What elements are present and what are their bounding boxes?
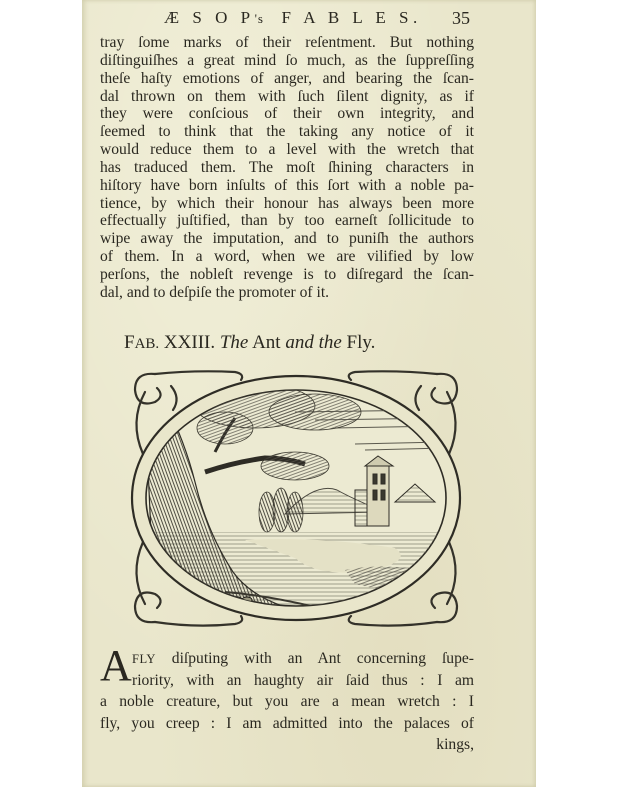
text-line: a noble creature, but you are a mean wre… xyxy=(100,691,474,713)
heading-fab-small: AB. xyxy=(135,336,160,352)
running-title: Æ S O P's F A B L E S. xyxy=(164,8,422,28)
running-title-prefix: Æ S O P xyxy=(164,8,255,27)
text-line: hiſtory have born inſults of this ſort w… xyxy=(100,177,474,195)
woodcut-vignette-icon xyxy=(115,362,477,634)
text-line: tray ſome marks of their reſentment. But… xyxy=(100,34,474,52)
text-line: diſtinguiſhes a great mind ſo much, as t… xyxy=(100,52,474,70)
catchword: kings, xyxy=(100,734,474,756)
heading-the: The xyxy=(220,332,249,353)
woodcut-illustration xyxy=(115,362,477,634)
fable-heading: FAB. XXIII. The Ant and the Fly. xyxy=(124,332,375,354)
text-line: perſons, the nobleſt revenge is to diſre… xyxy=(100,266,474,284)
text-line: tience, by which their honour has always… xyxy=(100,195,474,213)
text-line: theſe haſty emotions of anger, and beari… xyxy=(100,70,474,88)
text-line: effectually juſtified, than by too earne… xyxy=(100,212,474,230)
book-page: Æ S O P's F A B L E S. 35 tray ſome mark… xyxy=(82,0,536,787)
running-head: Æ S O P's F A B L E S. 35 xyxy=(82,8,536,30)
heading-numeral: XXIII. xyxy=(164,332,215,353)
text-line: of them. In a word, when we are vilified… xyxy=(100,248,474,266)
running-title-main: F A B L E S. xyxy=(281,8,421,27)
text-line: dal, and to deſpiſe the promoter of it. xyxy=(100,284,474,302)
text-line: wipe away the imputation, and to puniſh … xyxy=(100,230,474,248)
moral-paragraph: tray ſome marks of their reſentment. But… xyxy=(100,34,474,302)
first-line-rest: diſputing with an Ant concerning ſupe- xyxy=(156,650,474,667)
drop-cap: A xyxy=(100,644,132,688)
heading-and-the: and the xyxy=(285,332,341,353)
text-line: has traduced them. The moſt ſhining char… xyxy=(100,159,474,177)
text-line: would reduce them to a level with the wr… xyxy=(100,141,474,159)
fable-text: A FLY diſputing with an Ant concerning ſ… xyxy=(100,648,474,756)
text-line: fly, you creep : I am admitted into the … xyxy=(100,713,474,735)
heading-fab-cap: F xyxy=(124,332,135,353)
text-line: dal thrown on them with ſuch ſilent dign… xyxy=(100,88,474,106)
text-line: ſeemed to think that the taking any noti… xyxy=(100,123,474,141)
heading-fly: Fly. xyxy=(347,332,376,353)
text-line: FLY diſputing with an Ant concerning ſup… xyxy=(100,648,474,670)
running-title-possessive: 's xyxy=(255,11,264,26)
first-word-small-caps: FLY xyxy=(132,652,156,666)
text-line: riority, with an haughty air ſaid thus :… xyxy=(100,670,474,692)
text-line: they were conſcious of their own integri… xyxy=(100,105,474,123)
page-number: 35 xyxy=(452,8,470,29)
heading-ant: Ant xyxy=(252,332,281,353)
